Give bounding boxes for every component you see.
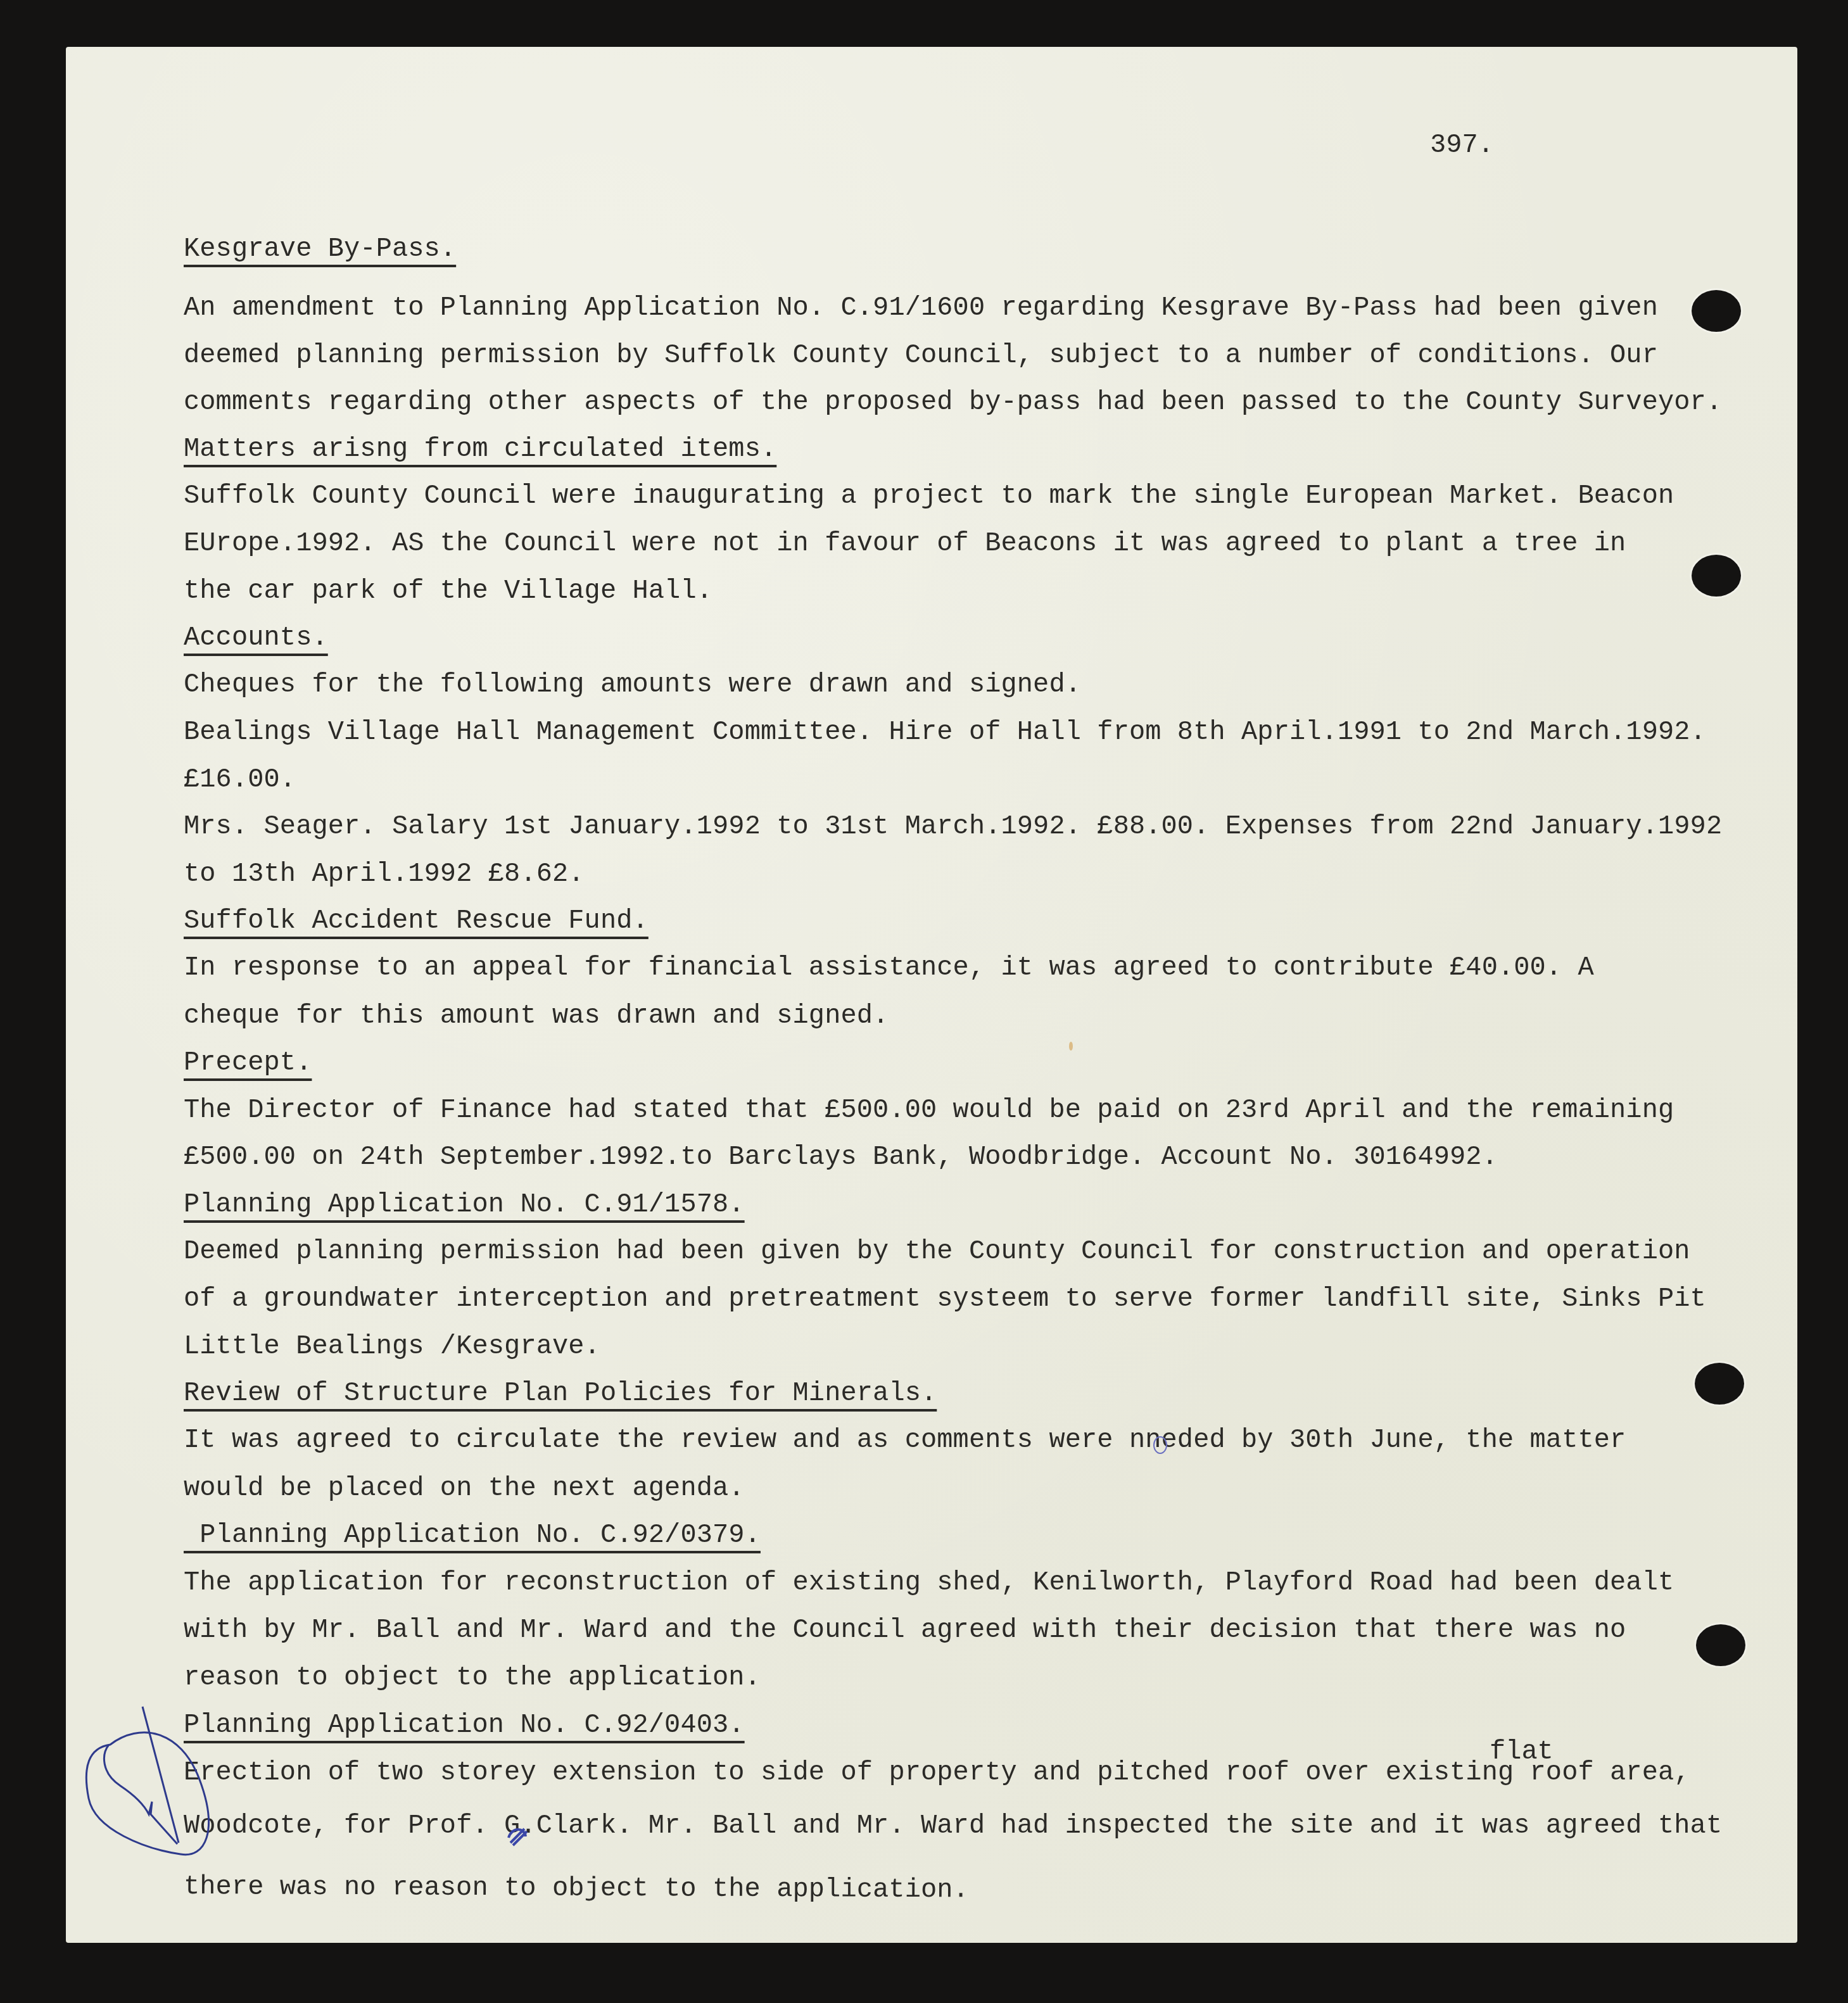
paragraph-line: there was no reason to object to the app… (184, 1873, 969, 1903)
pen-tick-mark-icon (70, 1697, 228, 1868)
section-heading-accident-rescue-fund: Suffolk Accident Rescue Fund. (184, 907, 649, 934)
paragraph-line: the car park of the Village Hall. (184, 578, 712, 604)
pen-correction-mark-icon (1148, 1432, 1173, 1458)
paragraph-line: The Director of Finance had stated that … (184, 1097, 1674, 1123)
paragraph-line: £500.00 on 24th September.1992.to Barcla… (184, 1144, 1498, 1170)
paragraph-line: £16.00. (184, 766, 296, 793)
paragraph-line: reason to object to the application. (184, 1664, 761, 1691)
paragraph-line: In response to an appeal for financial a… (184, 954, 1594, 981)
paragraph-line: cheque for this amount was drawn and sig… (184, 1002, 889, 1029)
paragraph-line: It was agreed to circulate the review an… (184, 1427, 1626, 1453)
punch-hole (1692, 290, 1741, 332)
paragraph-line: Woodcote, for Prof. G.Clark. Mr. Ball an… (184, 1812, 1722, 1839)
paragraph-line: An amendment to Planning Application No.… (184, 294, 1658, 321)
paragraph-line: to 13th April.1992 £8.62. (184, 861, 585, 887)
punch-hole (1696, 1624, 1745, 1666)
paragraph-line: The application for reconstruction of ex… (184, 1569, 1674, 1596)
pen-correction-mark-icon (505, 1824, 531, 1849)
paragraph-line: Cheques for the following amounts were d… (184, 671, 1081, 698)
section-heading-structure-plan-review: Review of Structure Plan Policies for Mi… (184, 1380, 937, 1406)
page-number: 397. (1430, 130, 1494, 160)
paragraph-line: Mrs. Seager. Salary 1st January.1992 to … (184, 813, 1722, 840)
section-heading-planning-c92-0403: Planning Application No. C.92/0403. (184, 1712, 745, 1738)
paragraph-line: Suffolk County Council were inaugurating… (184, 483, 1674, 509)
section-heading-accounts: Accounts. (184, 624, 328, 651)
paragraph-line: deemed planning permission by Suffolk Co… (184, 342, 1658, 369)
paragraph-line: would be placed on the next agenda. (184, 1475, 745, 1501)
paragraph-line: Bealings Village Hall Management Committ… (184, 719, 1706, 745)
section-heading-kesgrave-bypass: Kesgrave By-Pass. (184, 236, 456, 262)
paragraph-line: Erection of two storey extension to side… (184, 1759, 1690, 1786)
punch-hole (1692, 555, 1741, 597)
paragraph-line: Deemed planning permission had been give… (184, 1238, 1690, 1265)
paragraph-line: Little Bealings /Kesgrave. (184, 1333, 600, 1360)
section-heading-planning-c91-1578: Planning Application No. C.91/1578. (184, 1191, 745, 1218)
paragraph-line: of a groundwater interception and pretre… (184, 1286, 1706, 1312)
section-heading-matters-arising: Matters arisng from circulated items. (184, 436, 776, 462)
paragraph-line: EUrope.1992. AS the Council were not in … (184, 530, 1626, 557)
section-heading-precept: Precept. (184, 1049, 312, 1076)
punch-hole (1695, 1363, 1744, 1405)
paper-stain (1069, 1042, 1073, 1051)
document-page (66, 47, 1797, 1943)
section-heading-planning-c92-0379: Planning Application No. C.92/0379. (184, 1522, 761, 1548)
paragraph-line: comments regarding other aspects of the … (184, 389, 1722, 415)
paragraph-line: with by Mr. Ball and Mr. Ward and the Co… (184, 1617, 1626, 1643)
